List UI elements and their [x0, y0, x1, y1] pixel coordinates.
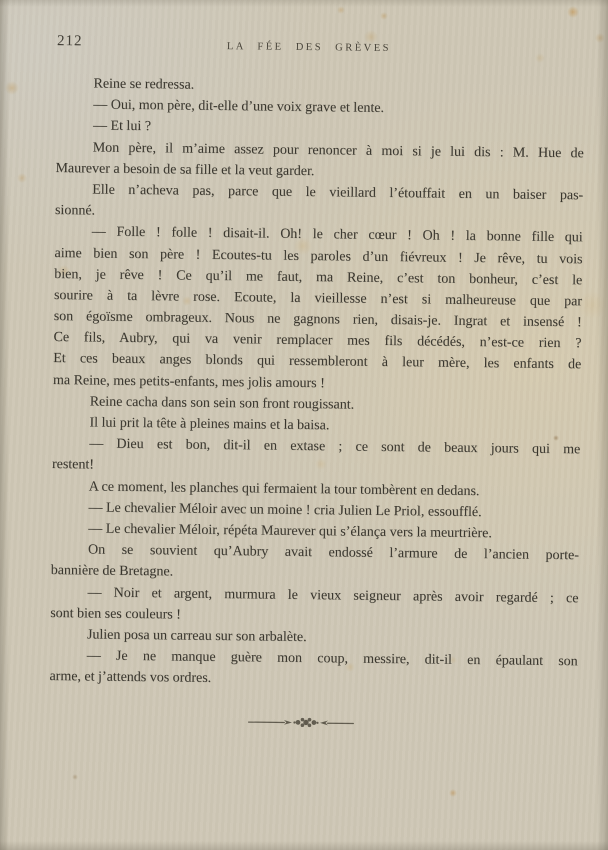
page-content: 212 LA FÉE DES GRÈVES Reine se redressa.…	[0, 0, 608, 850]
fleuron-divider-icon	[248, 713, 354, 730]
paragraph: Elle n’acheva pas, parce que le vieillar…	[55, 179, 583, 228]
text-block: Reine se redressa. — Oui, mon père, dit-…	[49, 73, 584, 694]
paragraph: — Folle ! folle ! disait-il. Oh! le cher…	[53, 221, 583, 397]
paragraph: On se souvient qu’Aubry avait endossé l’…	[51, 539, 579, 588]
running-title: LA FÉE DES GRÈVES	[45, 39, 573, 56]
paragraph: — Noir et argent, murmura le vieux seign…	[50, 582, 578, 631]
scanned-book-page: 212 LA FÉE DES GRÈVES Reine se redressa.…	[0, 0, 608, 850]
paragraph: Mon père, il m’aime assez pour renoncer …	[55, 137, 583, 186]
paragraph: — Dieu est bon, dit-il en extase ; ce so…	[52, 433, 580, 482]
paragraph: — Je ne manque guère mon coup, messire, …	[49, 645, 577, 694]
